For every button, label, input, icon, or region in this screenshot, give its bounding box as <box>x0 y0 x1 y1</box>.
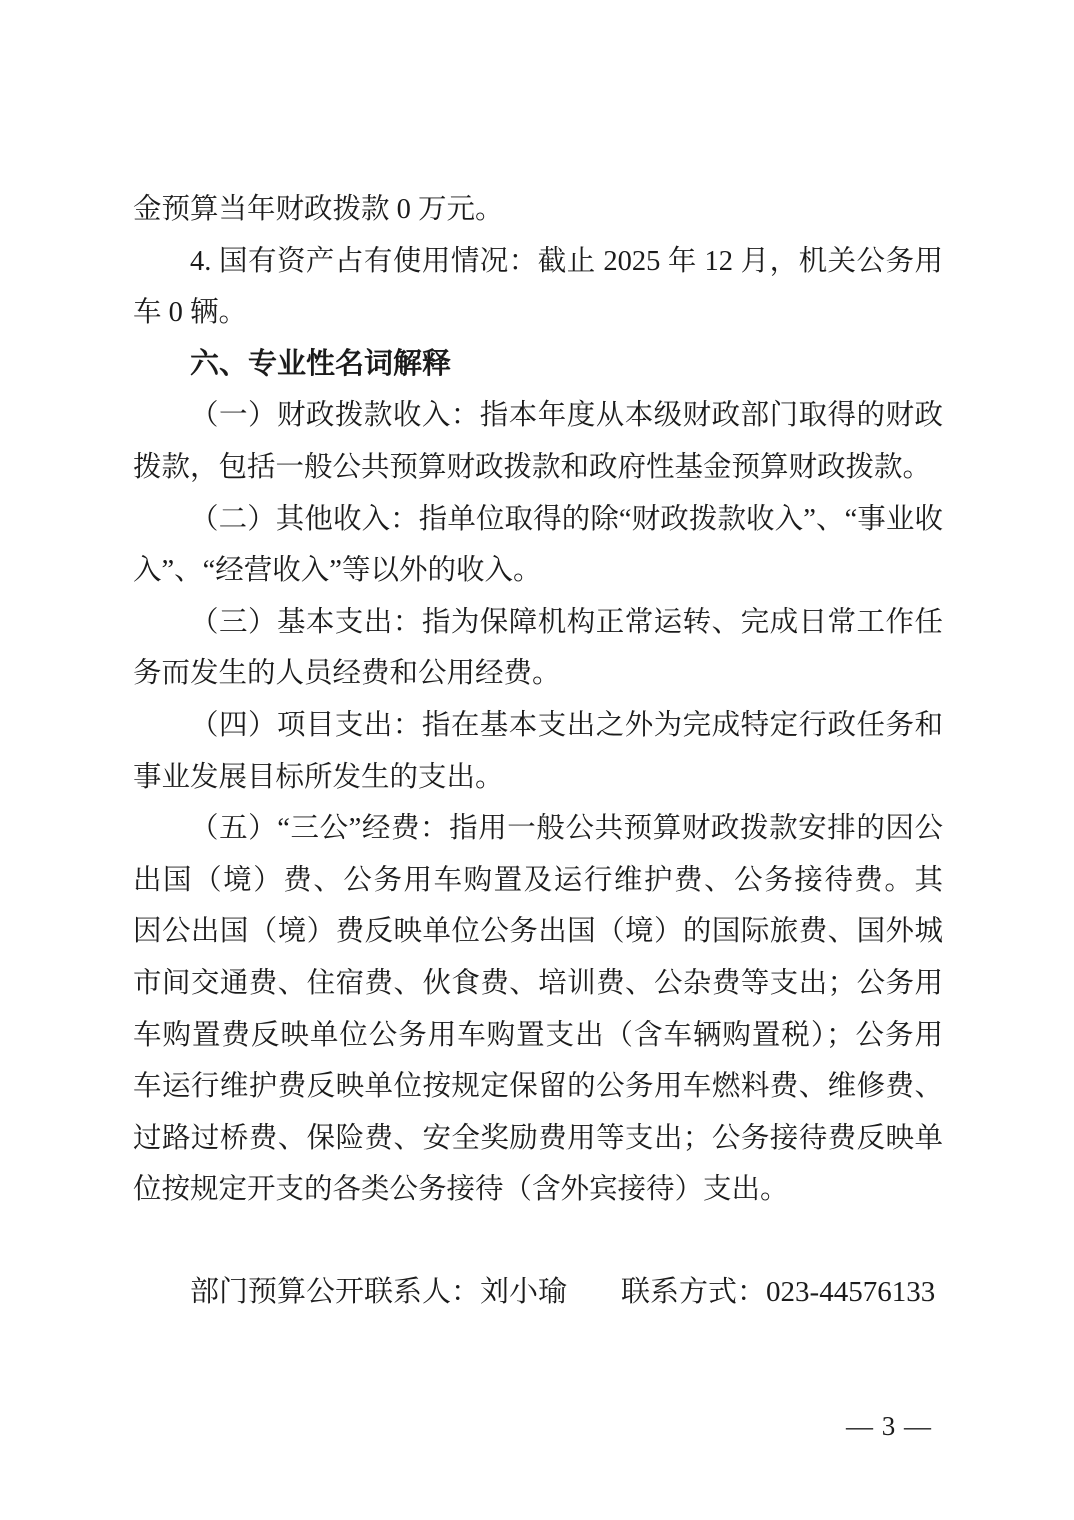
body-line: 车运行维护费反映单位按规定保留的公务用车燃料费、维修费、 <box>133 1061 943 1113</box>
contact-name: 刘小瑜 <box>480 1276 567 1308</box>
body-line: 市间交通费、住宿费、伙食费、培训费、公杂费等支出；公务用 <box>133 958 943 1010</box>
contact-label: 部门预算公开联系人： <box>190 1276 480 1308</box>
body-line: （二）其他收入：指单位取得的除“财政拨款收入”、“事业收 <box>133 494 943 546</box>
body-line: 4. 国有资产占有使用情况：截止 2025 年 12 月，机关公务用 <box>133 236 943 288</box>
body-line: 务而发生的人员经费和公用经费。 <box>133 648 943 700</box>
body-line: 金预算当年财政拨款 0 万元。 <box>133 184 943 236</box>
phone-number: 023-44576133 <box>766 1276 935 1308</box>
body-line: 车 0 辆。 <box>133 287 943 339</box>
body-line: 事业发展目标所发生的支出。 <box>133 752 943 804</box>
body-line: 车购置费反映单位公务用车购置支出（含车辆购置税）；公务用 <box>133 1010 943 1062</box>
body-line: （一）财政拨款收入：指本年度从本级财政部门取得的财政 <box>133 390 943 442</box>
page-number: — 3 — <box>846 1410 946 1442</box>
body-line: 入”、“经营收入”等以外的收入。 <box>133 545 943 597</box>
document-body: 金预算当年财政拨款 0 万元。4. 国有资产占有使用情况：截止 2025 年 1… <box>133 184 943 1319</box>
document-page: 金预算当年财政拨款 0 万元。4. 国有资产占有使用情况：截止 2025 年 1… <box>0 0 1074 1520</box>
body-line: 出国（境）费、公务用车购置及运行维护费、公务接待费。其中， <box>133 855 943 907</box>
body-line: （四）项目支出：指在基本支出之外为完成特定行政任务和 <box>133 700 943 752</box>
phone-label: 联系方式： <box>621 1276 766 1308</box>
section-heading: 六、专业性名词解释 <box>133 339 943 391</box>
body-line: 过路过桥费、保险费、安全奖励费用等支出；公务接待费反映单 <box>133 1113 943 1165</box>
body-line: 位按规定开支的各类公务接待（含外宾接待）支出。 <box>133 1164 943 1216</box>
body-line: （三）基本支出：指为保障机构正常运转、完成日常工作任 <box>133 597 943 649</box>
contact-line: 部门预算公开联系人：刘小瑜联系方式：023-44576133 <box>133 1267 943 1319</box>
body-line: 拨款，包括一般公共预算财政拨款和政府性基金预算财政拨款。 <box>133 442 943 494</box>
body-line: （五）“三公”经费：指用一般公共预算财政拨款安排的因公 <box>133 803 943 855</box>
body-line: 因公出国（境）费反映单位公务出国（境）的国际旅费、国外城 <box>133 906 943 958</box>
